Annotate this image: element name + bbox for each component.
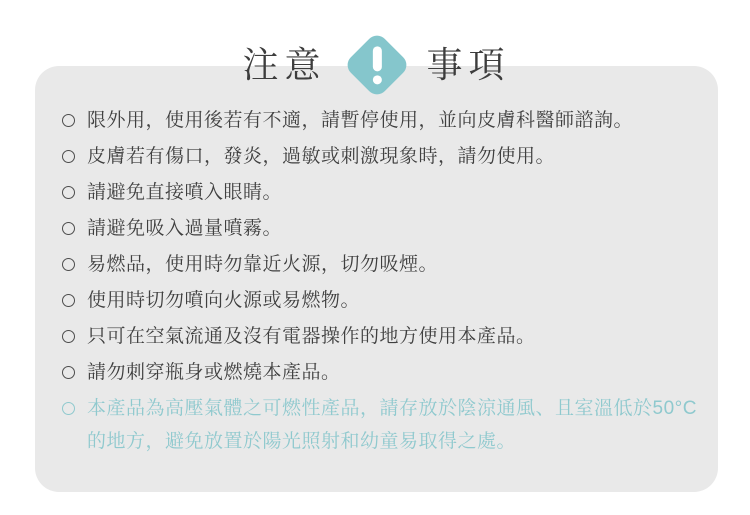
bullet-circle-icon [62,222,75,235]
item-text: 使用時切勿噴向火源或易燃物。 [87,284,360,317]
item-text: 皮膚若有傷口，發炎，過敏或刺激現象時，請勿使用。 [87,140,555,173]
item-text: 易燃品，使用時勿靠近火源，切勿吸煙。 [87,248,438,281]
list-item-highlighted: 本產品為高壓氣體之可燃性產品，請存放於陰涼通風、且室溫低於50°C的地方，避免放… [62,392,700,458]
bullet-circle-icon [62,150,75,163]
notice-title: 注意 事項 [35,39,718,91]
list-item: 請勿刺穿瓶身或燃燒本產品。 [62,356,700,389]
title-text-left: 注意 [242,47,326,83]
notice-page: 注意 事項 限外用，使用後若有不適，請暫停使用，並向皮膚科醫師諮詢。 皮膚若有傷… [0,0,750,515]
list-item: 請避免吸入過量噴霧。 [62,212,700,245]
item-text: 限外用，使用後若有不適，請暫停使用，並向皮膚科醫師諮詢。 [87,104,633,137]
warning-exclamation-diamond-icon [343,31,411,99]
bullet-circle-icon [62,114,75,127]
bullet-circle-icon [62,330,75,343]
list-item: 請避免直接噴入眼睛。 [62,176,700,209]
list-item: 只可在空氣流通及沒有電器操作的地方使用本產品。 [62,320,700,353]
item-text: 本產品為高壓氣體之可燃性產品，請存放於陰涼通風、且室溫低於50°C的地方，避免放… [87,392,700,458]
item-text: 請勿刺穿瓶身或燃燒本產品。 [87,356,341,389]
exclamation-mark-icon [372,46,381,84]
item-text: 只可在空氣流通及沒有電器操作的地方使用本產品。 [87,320,536,353]
list-item: 限外用，使用後若有不適，請暫停使用，並向皮膚科醫師諮詢。 [62,104,700,137]
item-text: 請避免直接噴入眼睛。 [87,176,282,209]
bullet-circle-icon [62,366,75,379]
bullet-circle-icon [62,402,75,415]
list-item: 皮膚若有傷口，發炎，過敏或刺激現象時，請勿使用。 [62,140,700,173]
bullet-circle-icon [62,186,75,199]
bullet-circle-icon [62,294,75,307]
bullet-circle-icon [62,258,75,271]
precautions-box: 注意 事項 限外用，使用後若有不適，請暫停使用，並向皮膚科醫師諮詢。 皮膚若有傷… [35,66,718,492]
item-text: 請避免吸入過量噴霧。 [87,212,282,245]
list-item: 易燃品，使用時勿靠近火源，切勿吸煙。 [62,248,700,281]
title-text-right: 事項 [427,47,511,83]
precaution-list: 限外用，使用後若有不適，請暫停使用，並向皮膚科醫師諮詢。 皮膚若有傷口，發炎，過… [35,66,718,458]
list-item: 使用時切勿噴向火源或易燃物。 [62,284,700,317]
